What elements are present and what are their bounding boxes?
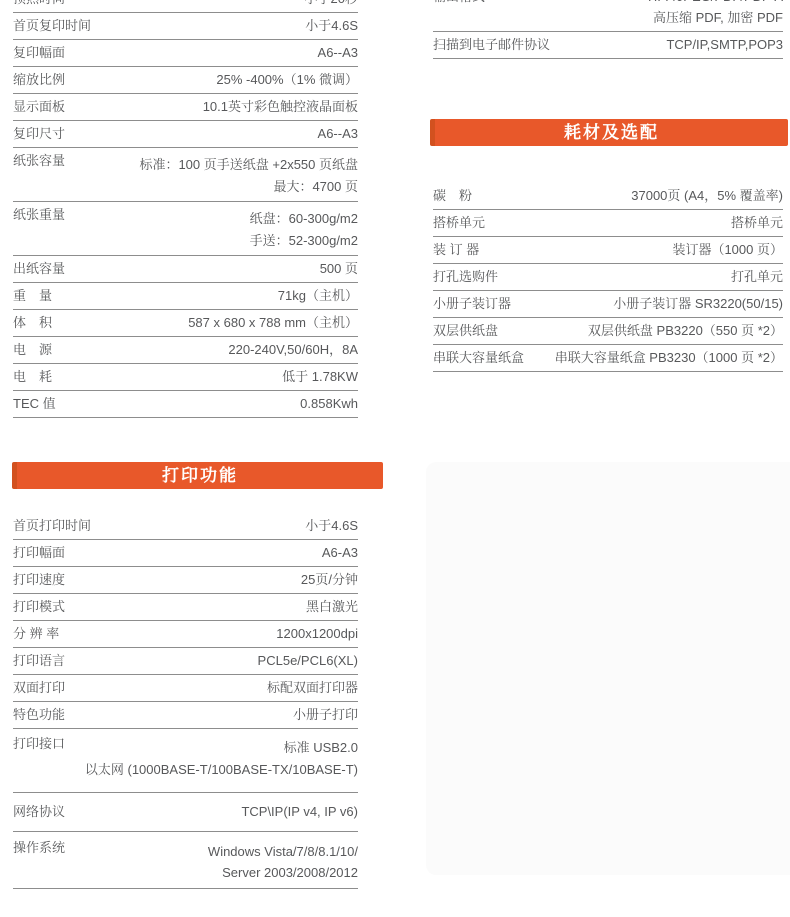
spec-value: 25% -400%（1% 微调） <box>216 73 358 87</box>
spec-row: 电 源 220-240V,50/60H，8A <box>13 337 358 364</box>
spec-row: 首页复印时间 小于4.6S <box>13 13 358 40</box>
spec-label: 打印语言 <box>13 654 65 668</box>
spec-row: 缩放比例 25% -400%（1% 微调） <box>13 67 358 94</box>
spec-value: 标配双面打印器 <box>267 681 358 695</box>
spec-row: 显示面板 10.1英寸彩色触控液晶面板 <box>13 94 358 121</box>
spec-row: 电 耗 低于 1.78KW <box>13 364 358 391</box>
spec-value: 标准 USB2.0 以太网 (1000BASE-T/100BASE-TX/10B… <box>85 737 358 781</box>
spec-row: 复印尺寸 A6--A3 <box>13 121 358 148</box>
spec-value: 小册子打印 <box>293 708 358 722</box>
scan-spec-table: 输出格式 TIFF/JPEG/PDF/PDF-A 高压缩 PDF, 加密 PDF… <box>433 0 783 59</box>
spec-label: 显示面板 <box>13 100 65 114</box>
spec-value: Windows Vista/7/8/8.1/10/ Server 2003/20… <box>208 841 358 883</box>
spec-row: 特色功能 小册子打印 <box>13 702 358 729</box>
spec-value: TCP/IP,SMTP,POP3 <box>666 38 783 52</box>
spec-label: 出纸容量 <box>13 262 65 276</box>
spec-label: TEC 值 <box>13 397 56 411</box>
spec-label: 串联大容量纸盒 <box>433 351 524 365</box>
spec-label: 打印速度 <box>13 573 65 587</box>
spec-value: A6-A3 <box>322 546 358 560</box>
spec-label: 预热时间 <box>13 0 65 6</box>
spec-value: 587 x 680 x 788 mm（主机） <box>188 316 358 330</box>
right-column: 输出格式 TIFF/JPEG/PDF/PDF-A 高压缩 PDF, 加密 PDF… <box>430 0 788 372</box>
spec-row: 打印幅面 A6-A3 <box>13 540 358 567</box>
spec-label: 分 辨 率 <box>13 627 59 641</box>
spec-value-line: 标准 USB2.0 <box>85 737 358 759</box>
spec-row: 打印速度 25页/分钟 <box>13 567 358 594</box>
spec-row: 打孔选购件 打孔单元 <box>433 264 783 291</box>
section-header-consumables: 耗材及选配 <box>430 119 788 146</box>
spec-value: 黑白激光 <box>306 600 358 614</box>
spec-value: 小于4.6S <box>305 519 358 533</box>
spec-value: 标准：100 页手送纸盘 +2x550 页纸盘 最大：4700 页 <box>139 154 358 198</box>
spec-value: 双层供纸盘 PB3220（550 页 *2） <box>588 324 783 338</box>
spec-row: TEC 值 0.858Kwh <box>13 391 358 418</box>
empty-panel <box>426 462 790 875</box>
spec-value: 500 页 <box>320 262 358 276</box>
spec-value: 低于 1.78KW <box>282 370 358 384</box>
spec-label: 输出格式 <box>433 0 485 7</box>
spec-label: 打印模式 <box>13 600 65 614</box>
spec-label: 首页打印时间 <box>13 519 91 533</box>
spec-row: 打印模式 黑白激光 <box>13 594 358 621</box>
spec-row: 装 订 器 装订器（1000 页） <box>433 237 783 264</box>
left-column: 预热时间 小于20秒 首页复印时间 小于4.6S 复印幅面 A6--A3 缩放比… <box>12 0 383 889</box>
spec-label: 打孔选购件 <box>433 270 498 284</box>
spec-label: 特色功能 <box>13 708 65 722</box>
spec-row: 双面打印 标配双面打印器 <box>13 675 358 702</box>
spec-label: 体 积 <box>13 316 52 330</box>
spec-value: 25页/分钟 <box>301 573 358 587</box>
spec-value-line: 手送：52-300g/m2 <box>250 230 358 252</box>
spec-value-line: 高压缩 PDF, 加密 PDF <box>646 7 783 28</box>
spec-value: TIFF/JPEG/PDF/PDF-A 高压缩 PDF, 加密 PDF <box>646 0 783 28</box>
spec-row: 小册子装订器 小册子装订器 SR3220(50/15) <box>433 291 783 318</box>
spec-row: 串联大容量纸盒 串联大容量纸盒 PB3230（1000 页 *2） <box>433 345 783 372</box>
spec-label: 小册子装订器 <box>433 297 511 311</box>
spec-label: 缩放比例 <box>13 73 65 87</box>
spec-value-line: Windows Vista/7/8/8.1/10/ <box>208 841 358 862</box>
spec-label: 搭桥单元 <box>433 216 485 230</box>
spec-label: 重 量 <box>13 289 52 303</box>
spec-label: 打印幅面 <box>13 546 65 560</box>
spec-label: 复印幅面 <box>13 46 65 60</box>
spec-row: 碳 粉 37000页 (A4，5% 覆盖率) <box>433 183 783 210</box>
spec-value-line: Server 2003/2008/2012 <box>208 862 358 883</box>
spec-row: 分 辨 率 1200x1200dpi <box>13 621 358 648</box>
spec-row: 出纸容量 500 页 <box>13 256 358 283</box>
section-title: 打印功能 <box>162 466 238 485</box>
spec-value: A6--A3 <box>318 46 358 60</box>
spec-value: 小于4.6S <box>305 19 358 33</box>
consumables-spec-table: 碳 粉 37000页 (A4，5% 覆盖率) 搭桥单元 搭桥单元 装 订 器 装… <box>433 183 783 372</box>
spec-value-line: 标准：100 页手送纸盘 +2x550 页纸盘 <box>139 154 358 176</box>
spec-row: 重 量 71kg（主机） <box>13 283 358 310</box>
spec-label: 纸张重量 <box>13 208 65 222</box>
copier-spec-table: 预热时间 小于20秒 首页复印时间 小于4.6S 复印幅面 A6--A3 缩放比… <box>13 0 358 418</box>
spec-row: 打印语言 PCL5e/PCL6(XL) <box>13 648 358 675</box>
spec-label: 打印接口 <box>13 737 65 751</box>
spec-row: 扫描到电子邮件协议 TCP/IP,SMTP,POP3 <box>433 32 783 59</box>
spec-label: 首页复印时间 <box>13 19 91 33</box>
spec-label: 装 订 器 <box>433 243 479 257</box>
spec-value: 10.1英寸彩色触控液晶面板 <box>203 100 358 114</box>
spec-value: 220-240V,50/60H，8A <box>228 343 358 357</box>
spec-label: 双面打印 <box>13 681 65 695</box>
spec-value-line: TIFF/JPEG/PDF/PDF-A <box>646 0 783 7</box>
spec-value: 1200x1200dpi <box>276 627 358 641</box>
section-header-print-functions: 打印功能 <box>12 462 383 489</box>
spec-value: 装订器（1000 页） <box>672 243 783 257</box>
spec-label: 纸张容量 <box>13 154 65 168</box>
spec-row: 操作系统 Windows Vista/7/8/8.1/10/ Server 20… <box>13 832 358 889</box>
spec-row: 预热时间 小于20秒 <box>13 0 358 13</box>
spec-value: PCL5e/PCL6(XL) <box>258 654 358 668</box>
spec-value: 小册子装订器 SR3220(50/15) <box>613 297 783 311</box>
spec-row: 纸张重量 纸盘：60-300g/m2 手送：52-300g/m2 <box>13 202 358 256</box>
spec-value: A6--A3 <box>318 127 358 141</box>
spec-label: 复印尺寸 <box>13 127 65 141</box>
spec-row: 首页打印时间 小于4.6S <box>13 513 358 540</box>
spec-value-line: 纸盘：60-300g/m2 <box>250 208 358 230</box>
spec-value: 小于20秒 <box>305 0 358 6</box>
spec-label: 扫描到电子邮件协议 <box>433 38 550 52</box>
spec-row: 体 积 587 x 680 x 788 mm（主机） <box>13 310 358 337</box>
spec-value: 打孔单元 <box>731 270 783 284</box>
spec-label: 碳 粉 <box>433 189 472 203</box>
spec-value: 71kg（主机） <box>278 289 358 303</box>
spec-value-line: 以太网 (1000BASE-T/100BASE-TX/10BASE-T) <box>85 759 358 781</box>
spec-row: 输出格式 TIFF/JPEG/PDF/PDF-A 高压缩 PDF, 加密 PDF <box>433 0 783 32</box>
spec-label: 电 耗 <box>13 370 52 384</box>
spec-row: 复印幅面 A6--A3 <box>13 40 358 67</box>
spec-row: 搭桥单元 搭桥单元 <box>433 210 783 237</box>
spec-row: 纸张容量 标准：100 页手送纸盘 +2x550 页纸盘 最大：4700 页 <box>13 148 358 202</box>
spec-row: 网络协议 TCP\IP(IP v4, IP v6) <box>13 793 358 832</box>
spec-value: 0.858Kwh <box>300 397 358 411</box>
spec-value: 串联大容量纸盒 PB3230（1000 页 *2） <box>555 351 783 365</box>
spec-label: 电 源 <box>13 343 52 357</box>
spec-row: 双层供纸盘 双层供纸盘 PB3220（550 页 *2） <box>433 318 783 345</box>
spec-value-line: 最大：4700 页 <box>139 176 358 198</box>
section-title: 耗材及选配 <box>564 123 659 142</box>
spec-value: 37000页 (A4，5% 覆盖率) <box>631 189 783 203</box>
print-spec-table: 首页打印时间 小于4.6S 打印幅面 A6-A3 打印速度 25页/分钟 打印模… <box>13 513 358 889</box>
spec-label: 双层供纸盘 <box>433 324 498 338</box>
spec-value: 搭桥单元 <box>731 216 783 230</box>
spec-value: TCP\IP(IP v4, IP v6) <box>241 805 358 819</box>
spec-label: 网络协议 <box>13 805 65 819</box>
spec-value: 纸盘：60-300g/m2 手送：52-300g/m2 <box>250 208 358 252</box>
spec-label: 操作系统 <box>13 841 65 855</box>
spec-row: 打印接口 标准 USB2.0 以太网 (1000BASE-T/100BASE-T… <box>13 729 358 793</box>
